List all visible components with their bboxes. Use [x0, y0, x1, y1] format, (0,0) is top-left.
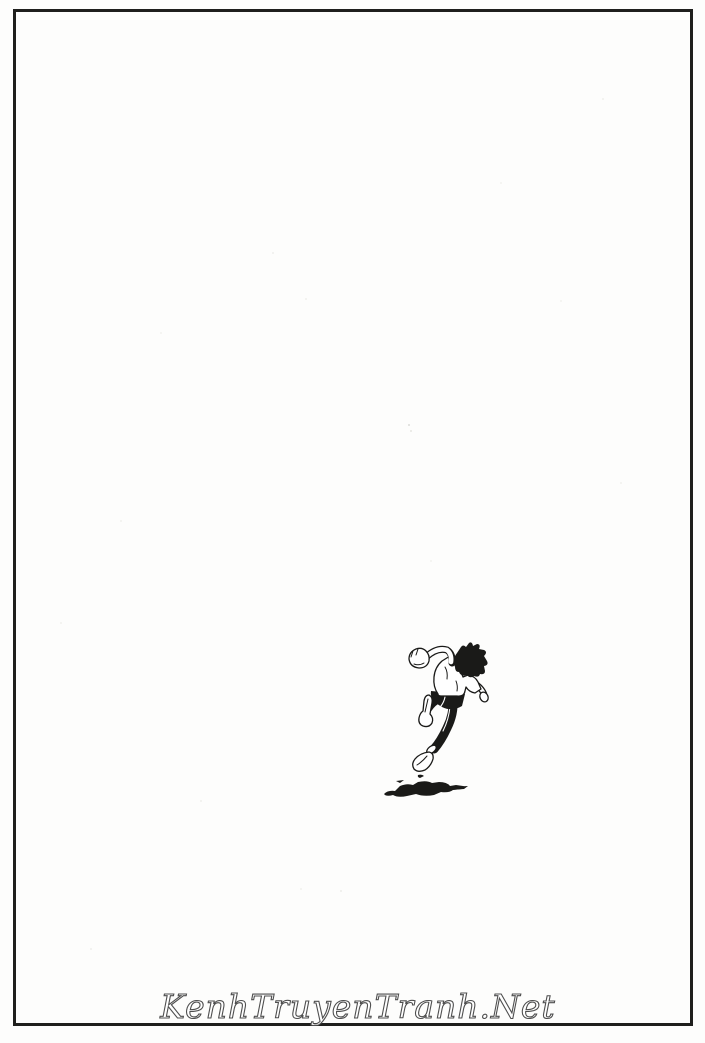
- leaping-boy-illustration: [378, 636, 494, 804]
- right-leg: [413, 700, 453, 771]
- scan-noise: [0, 0, 2, 2]
- left-leg: [419, 695, 439, 727]
- watermark: KenhTruyenTranh.Net: [0, 978, 705, 1034]
- ground-shadow-icon: [384, 775, 468, 797]
- manga-page-scan: KenhTruyenTranh.Net: [0, 0, 705, 1043]
- panel-border: [13, 9, 693, 1026]
- watermark-text: KenhTruyenTranh.Net: [159, 987, 555, 1026]
